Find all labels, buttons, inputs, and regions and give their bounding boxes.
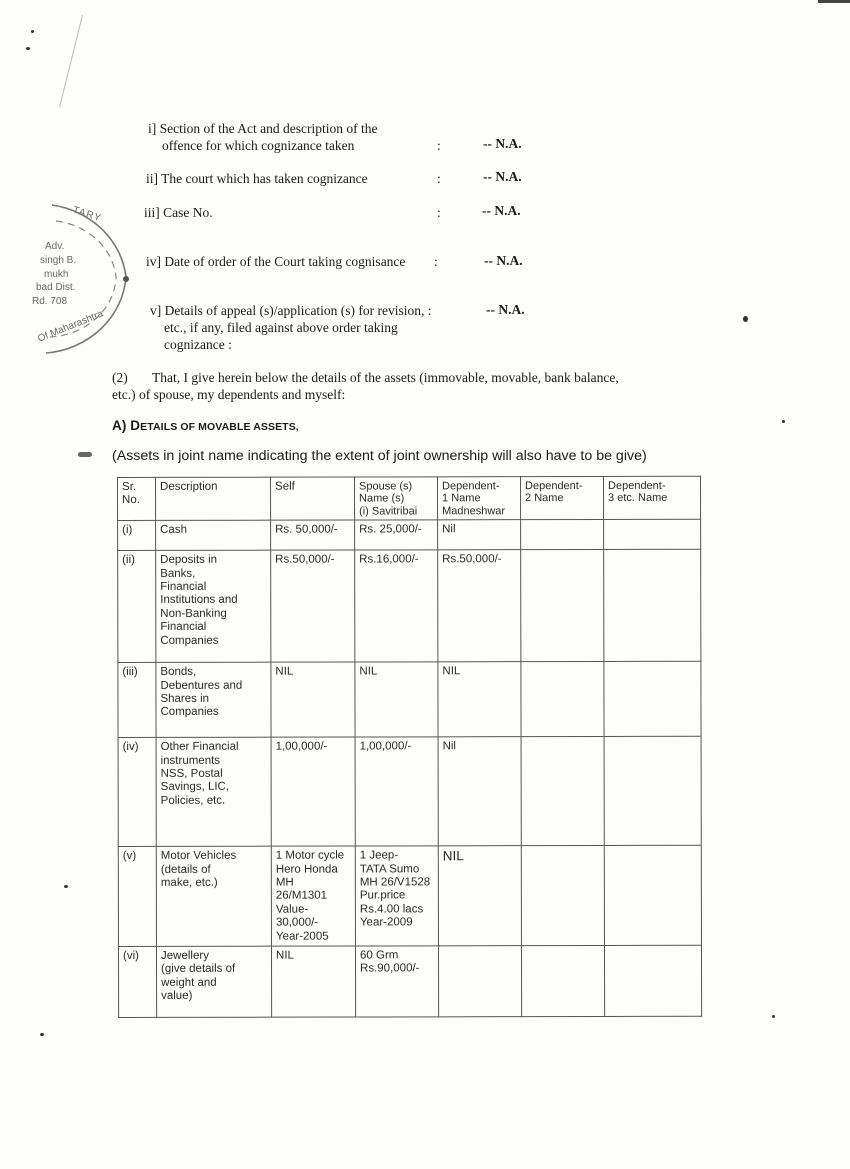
header-sr-no: Sr. No.	[118, 477, 156, 520]
header-dependent-2: Dependent- 2 Name	[521, 476, 604, 519]
scan-speck	[40, 1033, 44, 1036]
stamp-line: Rd. 708	[32, 296, 67, 308]
joint-ownership-note: (Assets in joint name indicating the ext…	[112, 448, 647, 464]
cell-spouse: NIL	[355, 662, 438, 737]
item-label: iv] Date of order of the Court taking co…	[146, 253, 405, 270]
item-separator: :	[437, 204, 441, 221]
cell-description: Jewellery (give details of weight and va…	[156, 946, 271, 1017]
scan-crease-line	[59, 15, 83, 107]
cell-self: Rs.50,000/-	[271, 550, 355, 662]
cell-sr: (ii)	[118, 551, 156, 663]
table-row-bonds: (iii) Bonds, Debentures and Shares in Co…	[118, 661, 701, 737]
cell-spouse: Rs.16,000/-	[355, 550, 438, 662]
cell-self: 1 Motor cycle Hero Honda MH 26/M1301 Val…	[271, 846, 355, 946]
heading-part: ETAILS OF	[140, 421, 198, 433]
item-label: ii] The court which has taken cognizance	[146, 170, 368, 187]
item-label-cont: offence for which cognizance taken	[162, 137, 354, 154]
stamp-line: Adv.	[45, 241, 64, 253]
cell-spouse: 1,00,000/-	[355, 737, 438, 846]
cell-dep2	[521, 846, 604, 946]
item-label: i] Section of the Act and description of…	[148, 120, 377, 137]
scan-speck	[64, 885, 68, 888]
table-row-other-financial: (iv) Other Financial instruments NSS, Po…	[118, 736, 701, 846]
cell-dep2	[521, 737, 604, 846]
scan-speck	[26, 47, 30, 50]
heading-part: MOVABLE ASSETS,	[198, 421, 299, 433]
cell-dep3	[604, 845, 701, 945]
cell-dep1: Rs.50,000/-	[438, 550, 521, 662]
scan-smudge	[78, 452, 92, 457]
item-value: -- N.A.	[483, 168, 522, 185]
cell-dep3	[604, 661, 701, 736]
paragraph-number: (2)	[112, 369, 152, 386]
scan-speck	[31, 30, 34, 33]
cell-description: Other Financial instruments NSS, Postal …	[156, 737, 271, 846]
item-label-cont: cognizance :	[164, 336, 232, 353]
header-spouse: Spouse (s) Name (s) (i) Savitribai	[355, 477, 438, 520]
cell-dep2	[521, 520, 604, 550]
cell-dep1	[438, 946, 521, 1017]
cell-description: Cash	[156, 520, 271, 550]
item-separator: :	[434, 253, 438, 270]
cell-self: NIL	[271, 946, 355, 1017]
scan-speck	[818, 0, 850, 3]
movable-assets-table: Sr. No. Description Self Spouse (s) Name…	[117, 476, 702, 1018]
cell-dep2	[521, 946, 604, 1017]
paragraph-text: That, I give herein below the details of…	[152, 370, 619, 385]
item-value: -- N.A.	[486, 301, 525, 318]
item-separator: :	[437, 170, 441, 187]
heading-prefix: A) D	[112, 418, 140, 433]
item-value: -- N.A.	[482, 202, 521, 219]
header-description: Description	[156, 477, 271, 520]
cell-self: 1,00,000/-	[271, 737, 355, 846]
stamp-line: mukh	[44, 269, 68, 281]
header-self: Self	[271, 477, 355, 520]
item-label-cont: etc., if any, filed against above order …	[164, 319, 398, 336]
cell-spouse: Rs. 25,000/-	[355, 520, 438, 550]
cell-sr: (i)	[118, 521, 156, 551]
paragraph-text-cont: etc.) of spouse, my dependents and mysel…	[112, 386, 642, 403]
assets-declaration-paragraph: (2)That, I give herein below the details…	[112, 369, 642, 403]
cell-spouse: 60 Grm Rs.90,000/-	[355, 946, 438, 1017]
notary-stamp: TARY Adv. singh B. mukh bad Dist. Rd. 70…	[22, 197, 142, 357]
section-heading-movable-assets: A) DETAILS OF MOVABLE ASSETS,	[112, 418, 299, 433]
cell-dep1: Nil	[438, 520, 521, 550]
scan-speck	[743, 316, 748, 322]
cell-dep3	[604, 549, 701, 661]
cell-dep3	[604, 945, 701, 1016]
table-row-cash: (i) Cash Rs. 50,000/- Rs. 25,000/- Nil	[118, 519, 701, 550]
header-dependent-1: Dependent- 1 Name Madneshwar	[438, 477, 521, 520]
cell-sr: (v)	[118, 847, 156, 947]
cell-sr: (vi)	[118, 946, 156, 1017]
item-value: -- N.A.	[484, 252, 523, 269]
cell-spouse: 1 Jeep- TATA Sumo MH 26/V1528 Pur.price …	[355, 846, 438, 946]
table-row-motor-vehicles: (v) Motor Vehicles (details of make, etc…	[118, 845, 701, 946]
item-label: iii] Case No.	[144, 204, 213, 221]
cell-sr: (iii)	[118, 663, 156, 738]
stamp-line: singh B.	[40, 255, 76, 267]
item-value: -- N.A.	[483, 135, 522, 152]
cell-dep1: NIL	[438, 846, 521, 946]
header-dependent-3: Dependent- 3 etc. Name	[604, 476, 701, 519]
scan-speck	[782, 420, 785, 423]
table-row-deposits: (ii) Deposits in Banks, Financial Instit…	[118, 549, 701, 662]
item-separator: :	[437, 137, 441, 154]
cell-self: NIL	[271, 662, 355, 737]
cell-description: Deposits in Banks, Financial Institution…	[156, 550, 271, 662]
table-row-jewellery: (vi) Jewellery (give details of weight a…	[118, 945, 701, 1017]
scan-speck	[772, 1015, 775, 1018]
cell-dep2	[521, 662, 604, 737]
table-header-row: Sr. No. Description Self Spouse (s) Name…	[118, 476, 701, 520]
cell-description: Bonds, Debentures and Shares in Companie…	[156, 662, 271, 737]
cell-dep3	[604, 519, 701, 549]
cell-dep3	[604, 736, 701, 845]
cell-description: Motor Vehicles (details of make, etc.)	[156, 846, 271, 946]
stamp-line: bad Dist.	[36, 282, 75, 294]
cell-dep1: NIL	[438, 662, 521, 737]
cell-self: Rs. 50,000/-	[271, 520, 355, 550]
cell-sr: (iv)	[118, 738, 156, 847]
cell-dep1: Nil	[438, 737, 521, 846]
item-label: v] Details of appeal (s)/application (s)…	[150, 302, 432, 319]
cell-dep2	[521, 550, 604, 662]
